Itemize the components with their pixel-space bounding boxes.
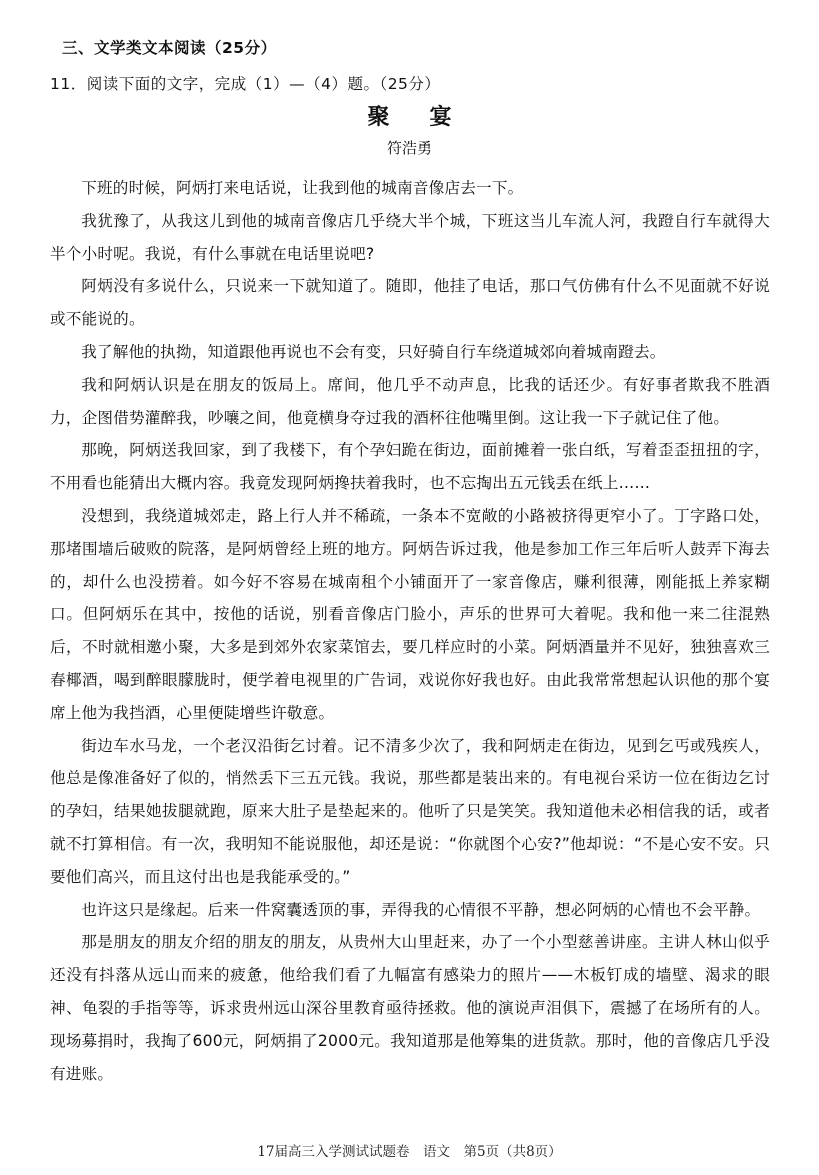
paragraph: 我犹豫了，从我这儿到他的城南音像店几乎绕大半个城，下班这当儿车流人河，我蹬自行车… xyxy=(50,205,770,271)
article-body: 下班的时候，阿炳打来电话说，让我到他的城南音像店去一下。 我犹豫了，从我这儿到他… xyxy=(50,172,770,1090)
exam-page: 三、文学类文本阅读（25分） 11．阅读下面的文字，完成（1）—（4）题。（25… xyxy=(0,0,819,1175)
page-footer: 17届高三入学测试试题卷 语文 第5页（共8页） xyxy=(0,1140,819,1160)
article-title-part1: 聚 xyxy=(367,105,389,130)
paragraph: 那是朋友的朋友介绍的朋友的朋友，从贵州大山里赶来，办了一个小型慈善讲座。主讲人林… xyxy=(50,926,770,1090)
article-title: 聚宴 xyxy=(0,100,819,131)
paragraph: 我和阿炳认识是在朋友的饭局上。席间，他几乎不动声息，比我的话还少。有好事者欺我不… xyxy=(50,369,770,435)
paragraph: 街边车水马龙，一个老汉沿街乞讨着。记不清多少次了，我和阿炳走在街边，见到乞丐或残… xyxy=(50,730,770,894)
paragraph: 那晚，阿炳送我回家，到了我楼下，有个孕妇跪在街边，面前摊着一张白纸，写着歪歪扭扭… xyxy=(50,434,770,500)
paragraph: 下班的时候，阿炳打来电话说，让我到他的城南音像店去一下。 xyxy=(50,172,770,205)
paragraph: 阿炳没有多说什么，只说来一下就知道了。随即，他挂了电话，那口气仿佛有什么不见面就… xyxy=(50,270,770,336)
paragraph: 没想到，我绕道城郊走，路上行人并不稀疏，一条本不宽敞的小路被挤得更窄小了。丁字路… xyxy=(50,500,770,730)
article-title-part2: 宴 xyxy=(430,105,452,130)
section-heading: 三、文学类文本阅读（25分） xyxy=(62,36,277,58)
paragraph: 我了解他的执拗，知道跟他再说也不会有变，只好骑自行车绕道城郊向着城南蹬去。 xyxy=(50,336,770,369)
paragraph: 也许这只是缘起。后来一件窝囊透顶的事，弄得我的心情很不平静，想必阿炳的心情也不会… xyxy=(50,894,770,927)
question-instruction: 11．阅读下面的文字，完成（1）—（4）题。（25分） xyxy=(50,72,440,94)
article-author: 符浩勇 xyxy=(0,137,819,158)
